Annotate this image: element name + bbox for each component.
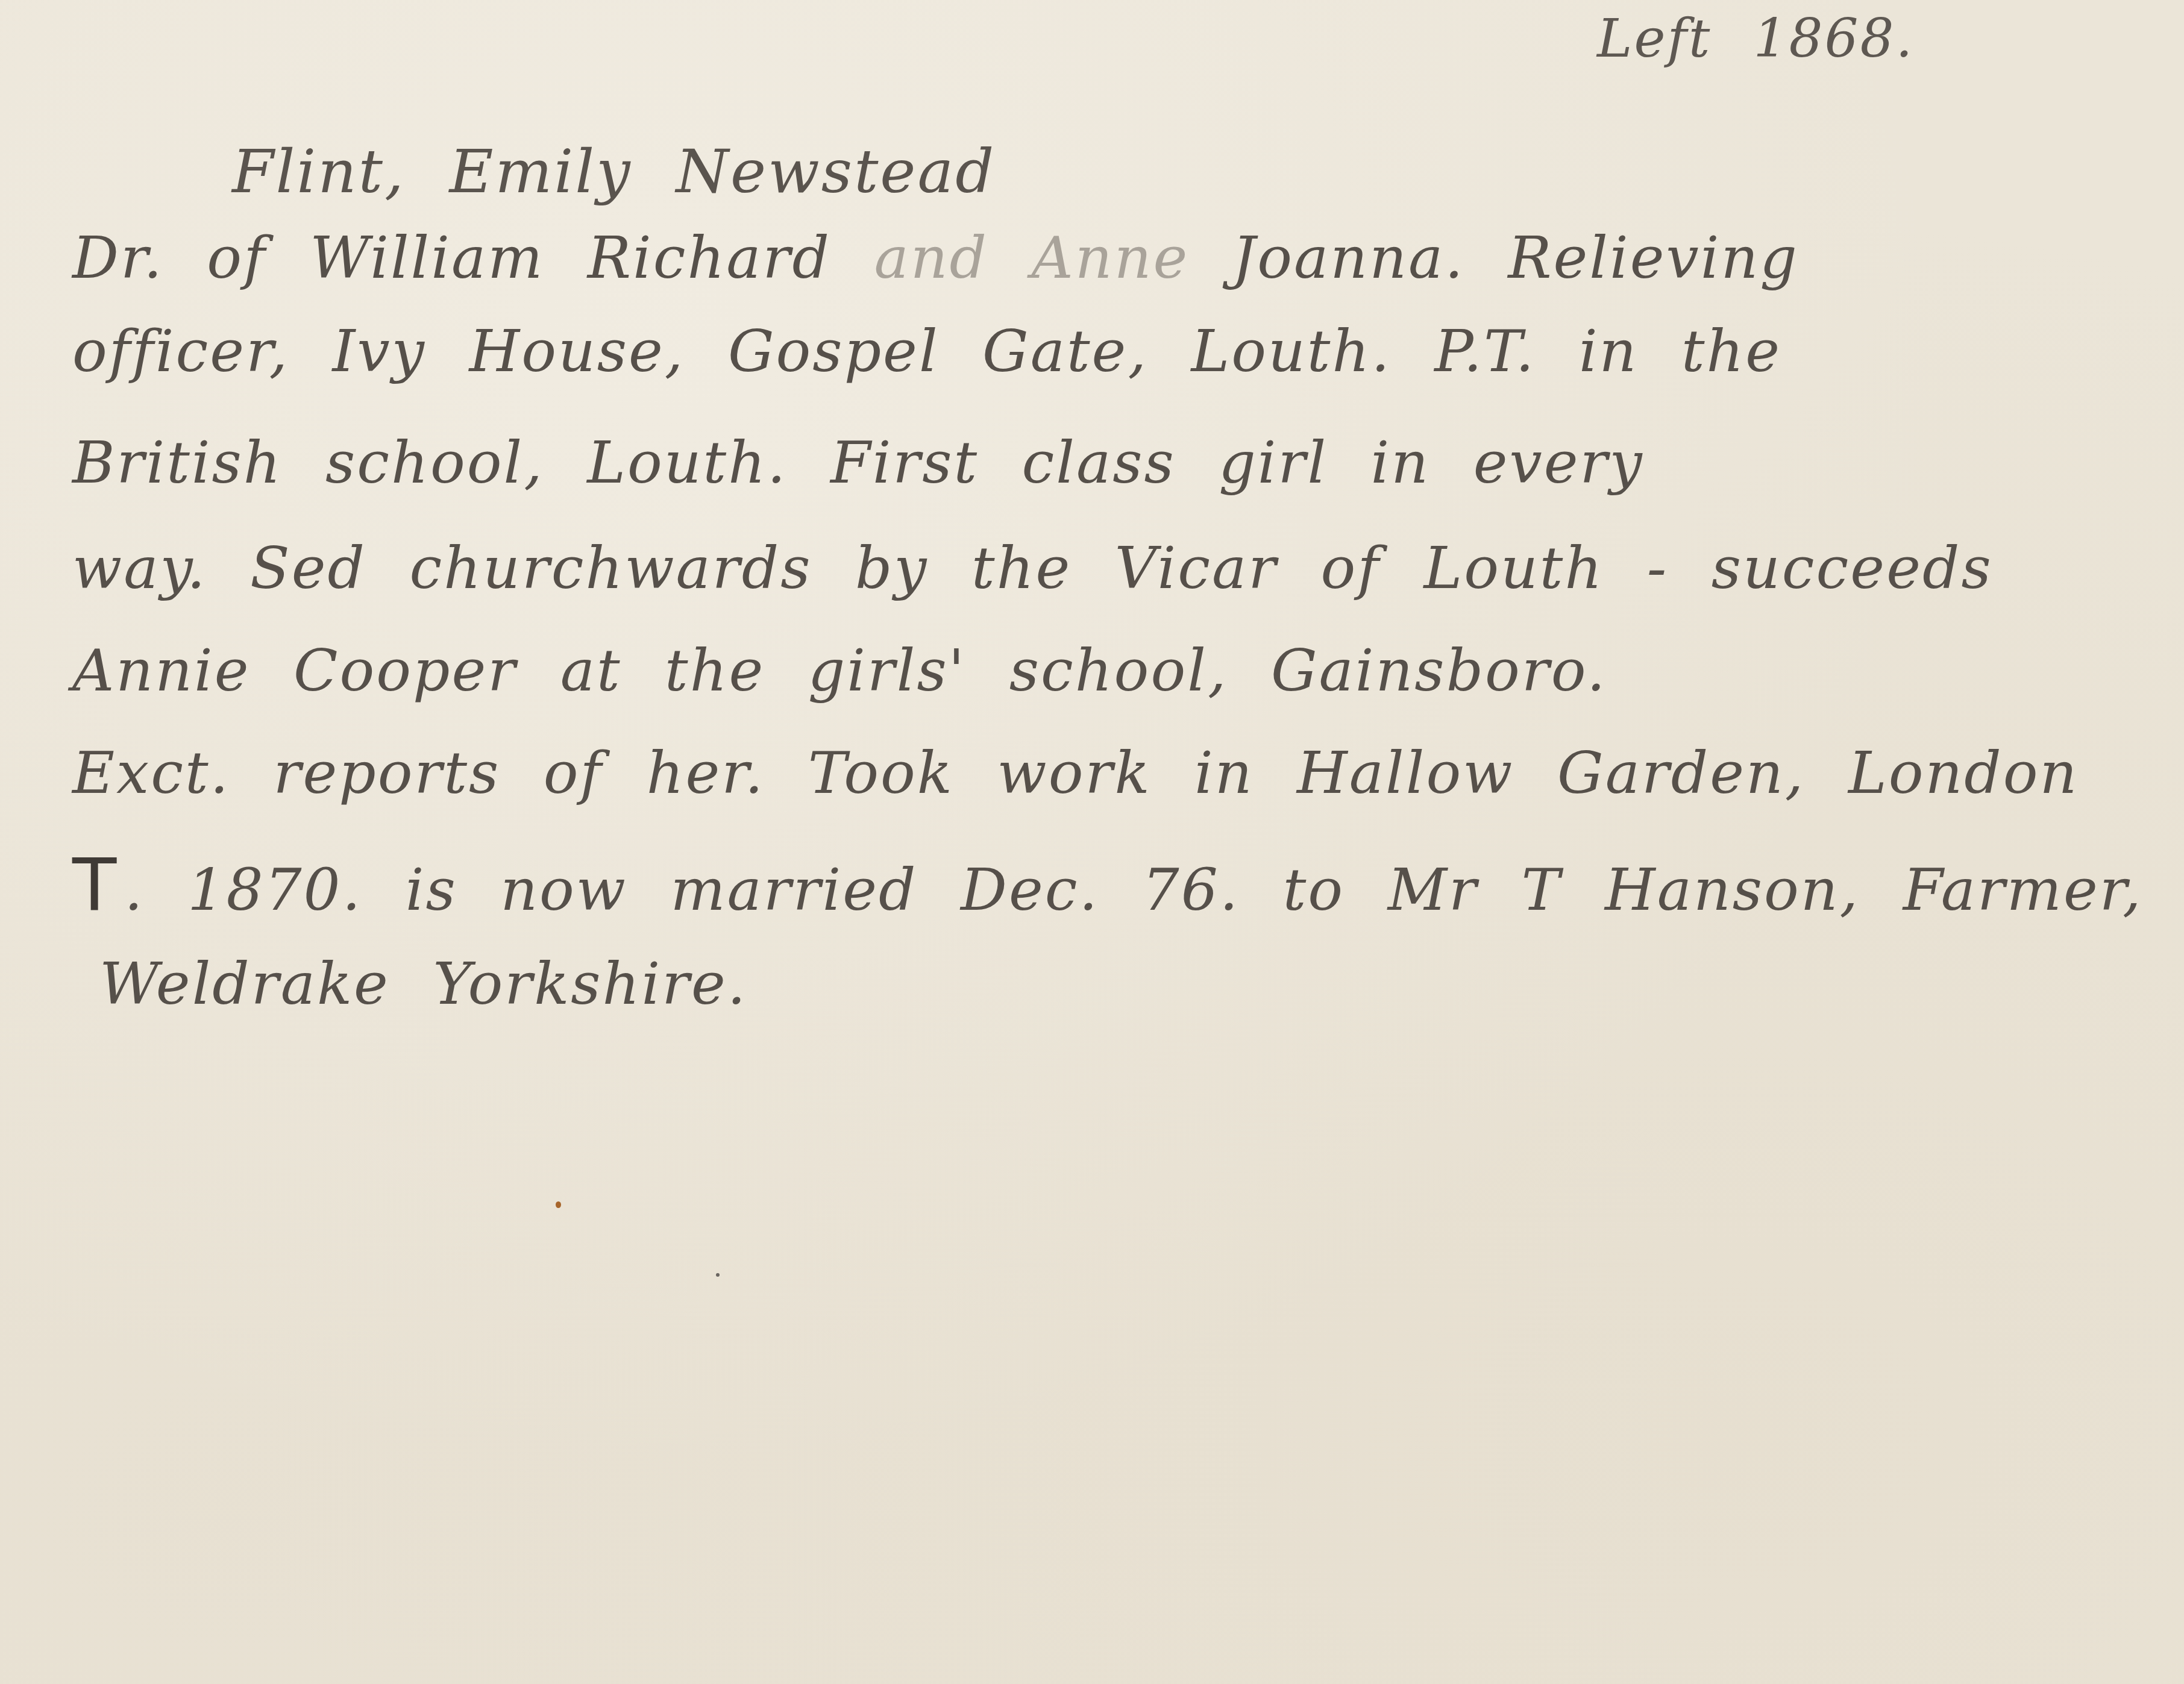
register-page: Left 1868. Flint, Emily Newstead Dr. of … [0, 0, 2184, 1684]
left-date-note: Left 1868. [1597, 12, 1914, 65]
entry-line-8: Weldrake Yorkshire. [99, 955, 747, 1013]
entry-line-3: British school, Louth. First class girl … [72, 434, 1644, 492]
entry-line-7: T. 1870. is now married Dec. 76. to Mr T… [72, 850, 2143, 922]
entry-line-6: Exct. reports of her. Took work in Hallo… [72, 744, 2079, 802]
faint-parent-text: and Anne [874, 224, 1189, 292]
entry-line-4: way. Sed churchwards by the Vicar of Lou… [72, 539, 1993, 597]
occupation-text: Joanna. Relieving [1189, 224, 1798, 292]
parents-text: Dr. of William Richard [72, 224, 874, 292]
entry-line-2: officer, Ivy House, Gospel Gate, Louth. … [72, 322, 1781, 380]
entry-line-1: Dr. of William Richard and Anne Joanna. … [72, 229, 1799, 287]
marriage-text: . 1870. is now married Dec. 76. to Mr T … [124, 856, 2142, 924]
ink-speck [716, 1273, 720, 1277]
entry-line-5: Annie Cooper at the girls' school, Gains… [72, 642, 1607, 700]
foxing-spot [556, 1201, 561, 1208]
entry-name: Flint, Emily Newstead [232, 142, 996, 202]
trained-mark: T [72, 844, 118, 927]
